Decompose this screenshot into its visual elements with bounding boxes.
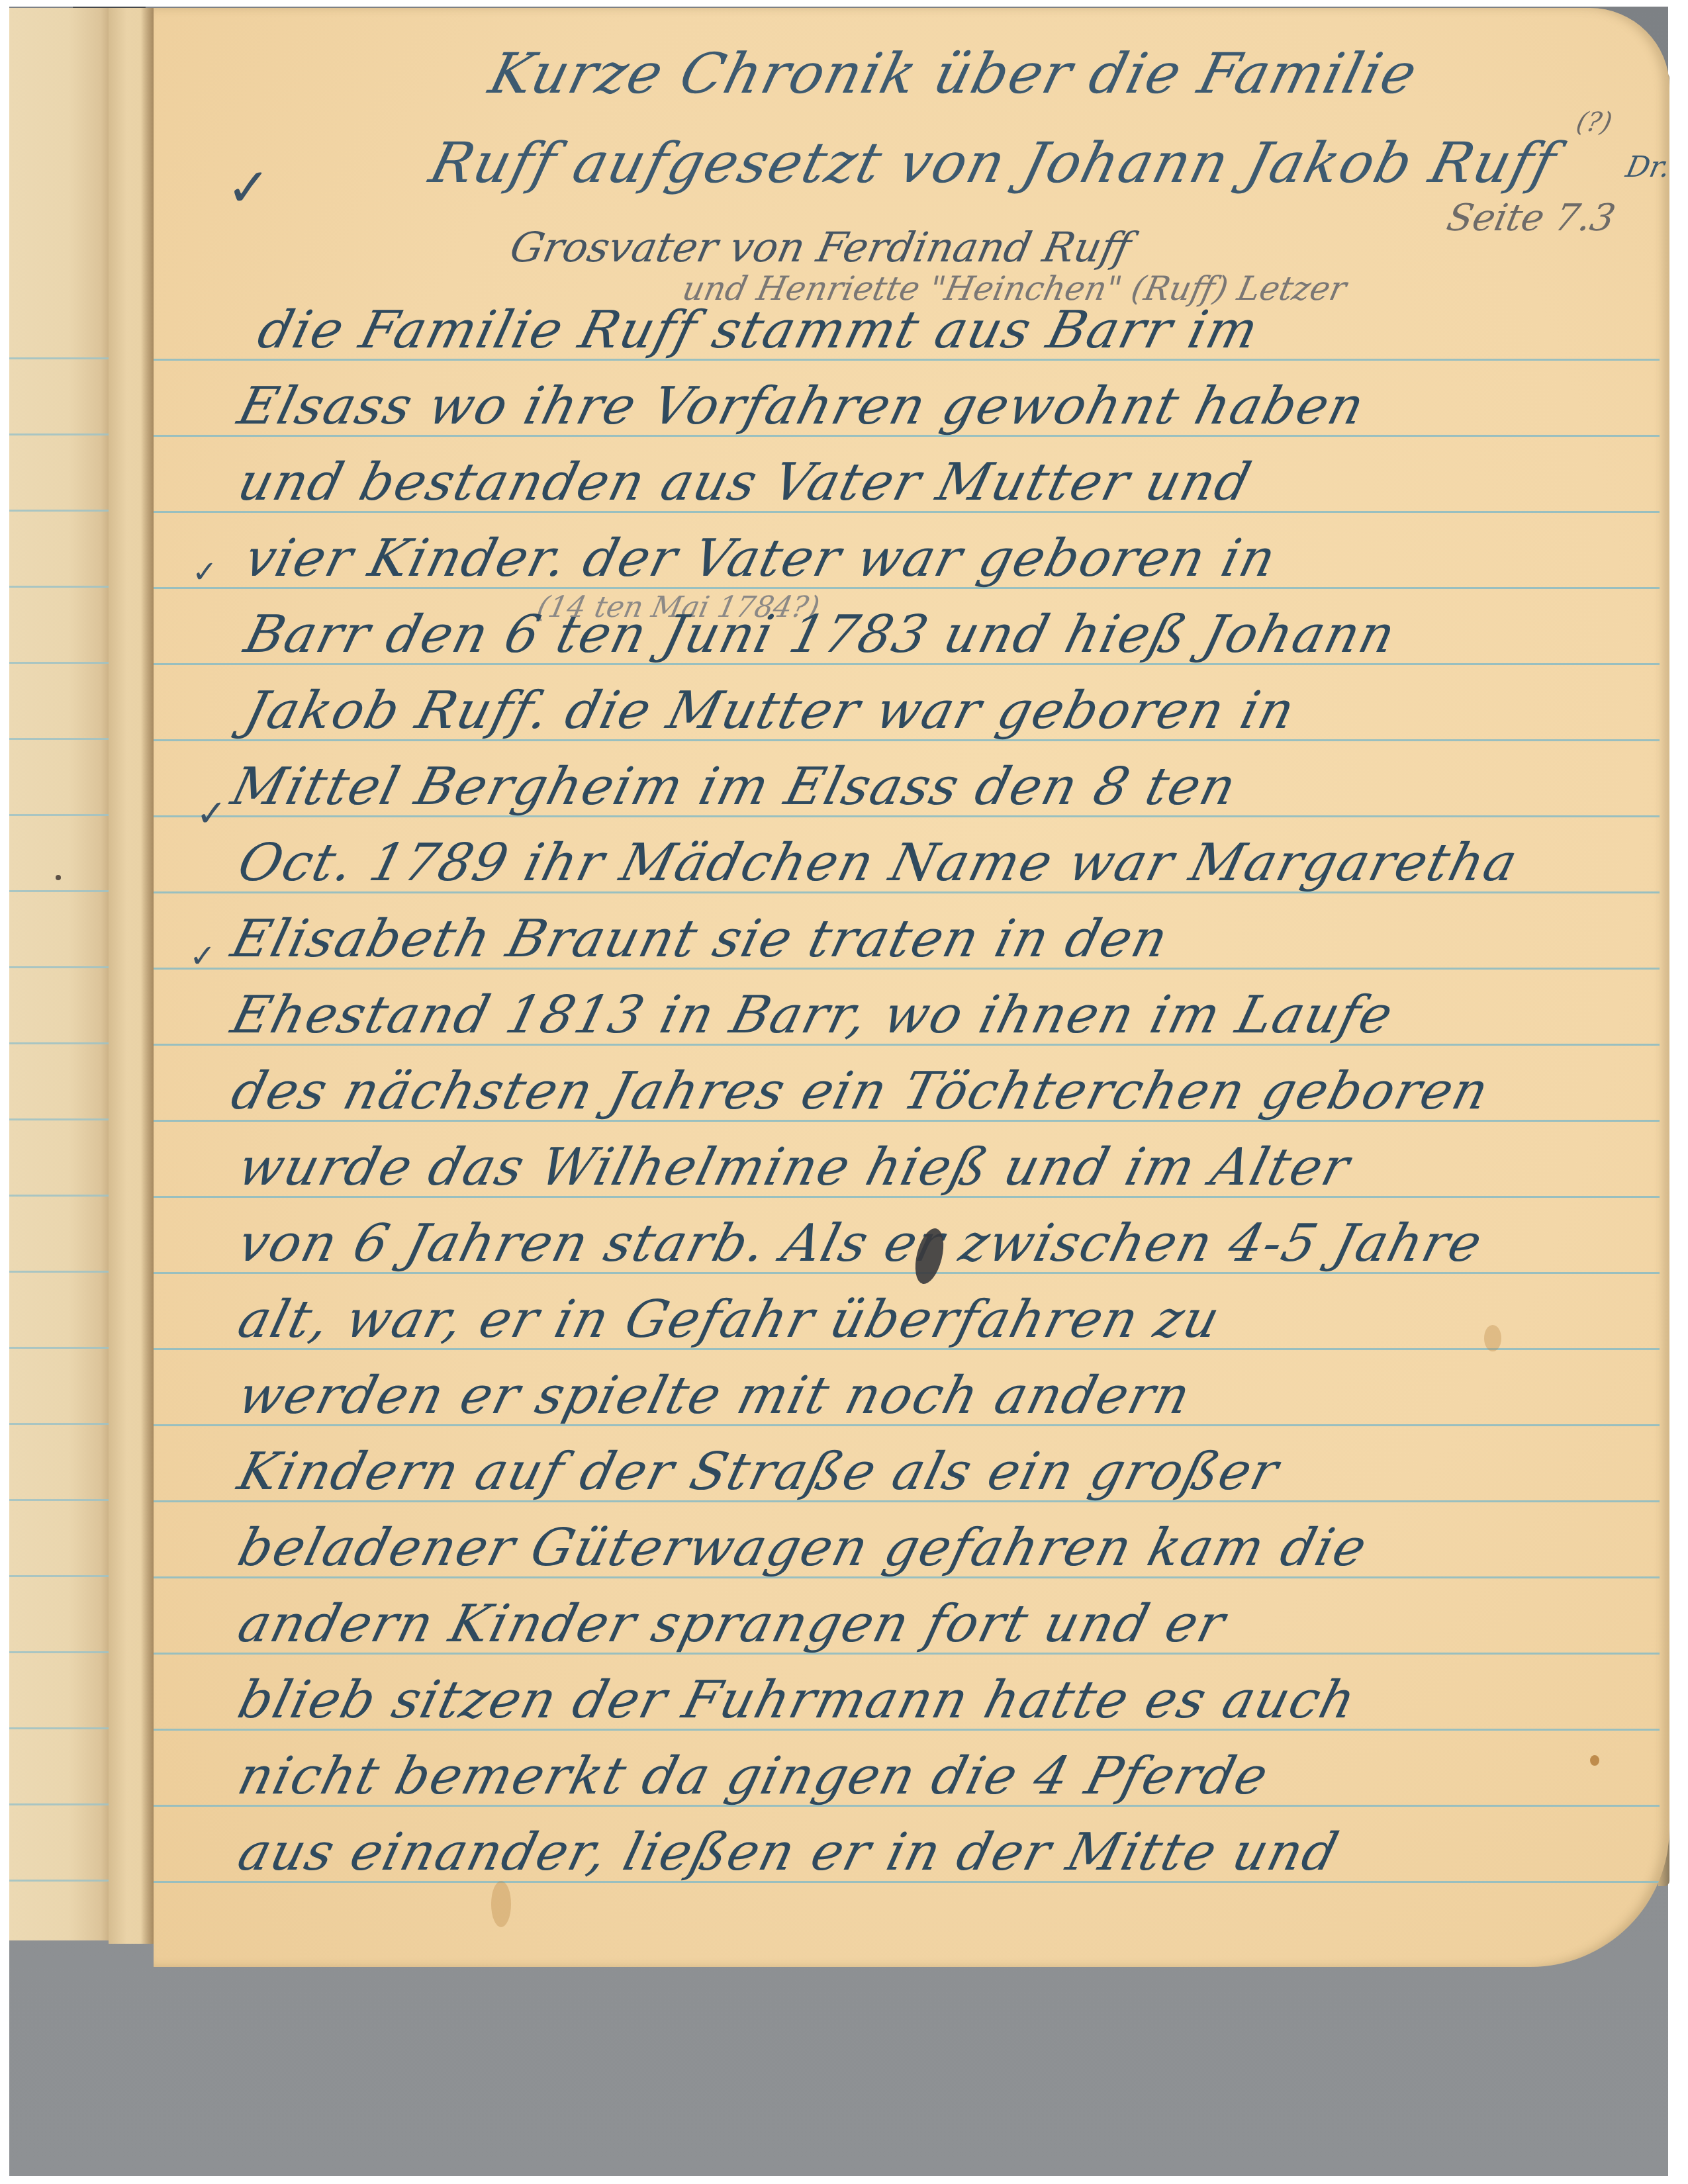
checkmark-icon: ✓ <box>226 157 271 218</box>
rule-line <box>9 1118 109 1120</box>
body-line: die Familie Ruff stammt aus Barr im <box>252 300 1265 360</box>
body-line: Oct. 1789 ihr Mädchen Name war Margareth… <box>232 833 1524 893</box>
rule-line <box>9 738 109 740</box>
question-annotation: (?) <box>1573 107 1615 138</box>
rule-line <box>9 1880 109 1882</box>
body-line: blieb sitzen der Fuhrmann hatte es auch <box>232 1670 1363 1730</box>
title-line-2: Ruff aufgesetzt von Johann Jakob Ruff <box>424 130 1564 195</box>
rule-line <box>9 1803 109 1805</box>
title-suffix-annotation: Dr. <box>1623 150 1669 184</box>
body-line: nicht bemerkt da gingen die 4 Pferde <box>232 1747 1275 1806</box>
rule-line <box>9 662 109 664</box>
paper-stain <box>1590 1755 1599 1766</box>
rule-line <box>9 1347 109 1349</box>
body-line: vier Kinder. der Vater war geboren in <box>239 529 1283 588</box>
body-line: werden er spielte mit noch andern <box>232 1366 1197 1426</box>
rule-line <box>9 1651 109 1653</box>
rule-line <box>9 1499 109 1501</box>
rule-line <box>9 1042 109 1044</box>
paper-speck <box>56 875 61 880</box>
body-line: Mittel Bergheim im Elsass den 8 ten <box>226 757 1243 817</box>
body-line: Barr den 6 ten Juni 1783 und hieß Johann <box>239 605 1402 664</box>
body-line: aus einander, ließen er in der Mitte und <box>232 1823 1345 1882</box>
grandfather-annotation: Grosvater von Ferdinand Ruff <box>506 223 1135 271</box>
rule-line <box>9 814 109 816</box>
title-line-1: Kurze Chronik über die Familie <box>483 41 1425 106</box>
body-line: Ehestand 1813 in Barr, wo ihnen im Laufe <box>226 985 1400 1045</box>
rule-line <box>9 1575 109 1577</box>
body-line: Jakob Ruff. die Mutter war geboren in <box>239 681 1302 741</box>
rule-line <box>9 1727 109 1729</box>
paper-stain <box>491 1881 511 1927</box>
rule-line <box>9 510 109 512</box>
rule-line <box>9 1195 109 1197</box>
left-page-edge <box>9 8 109 1940</box>
paper-stain <box>1484 1325 1501 1351</box>
page-reference-annotation: Seite 7.3 <box>1443 197 1619 240</box>
body-line: andern Kinder sprangen fort und er <box>232 1594 1232 1654</box>
checkmark-icon: ✓ <box>192 554 218 590</box>
notebook-page: Kurze Chronik über die Familie Ruff aufg… <box>154 8 1669 1967</box>
body-line: des nächsten Jahres ein Töchterchen gebo… <box>226 1062 1495 1121</box>
rule-line <box>9 433 109 435</box>
body-line: beladener Güterwagen gefahren kam die <box>232 1518 1374 1578</box>
checkmark-icon: ✓ <box>189 938 216 975</box>
body-line: und bestanden aus Vater Mutter und <box>232 453 1258 512</box>
rule-line <box>9 586 109 588</box>
body-line: Elsass wo ihre Vorfahren gewohnt haben <box>232 377 1372 436</box>
rule-line <box>9 357 109 359</box>
body-line: Kindern auf der Straße als ein großer <box>232 1442 1286 1502</box>
rule-line <box>9 1271 109 1273</box>
body-line: Elisabeth Braunt sie traten in den <box>226 909 1175 969</box>
body-line: wurde das Wilhelmine hieß und im Alter <box>232 1138 1356 1197</box>
body-line: alt, war, er in Gefahr überfahren zu <box>232 1290 1227 1349</box>
rule-line <box>9 890 109 892</box>
body-line: von 6 Jahren starb. Als er zwischen 4-5 … <box>232 1214 1489 1273</box>
checkmark-icon: ✓ <box>196 792 227 835</box>
gutter-shadow <box>140 8 155 1944</box>
rule-line <box>9 1423 109 1425</box>
rule-line <box>9 966 109 968</box>
